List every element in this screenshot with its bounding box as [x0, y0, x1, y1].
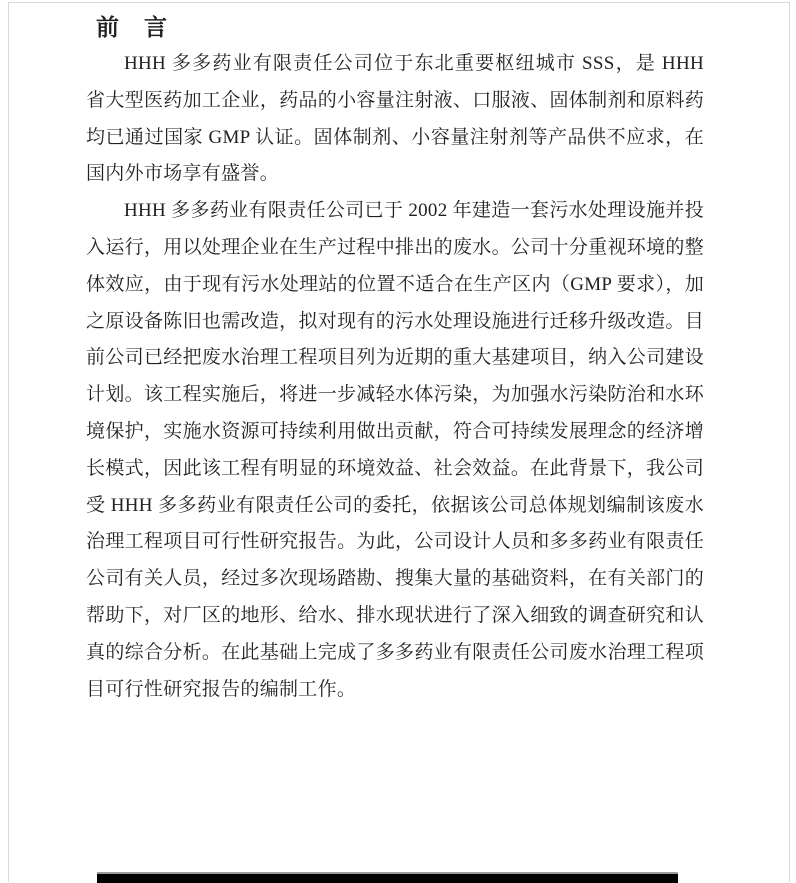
section-title: 前 言 [96, 14, 704, 42]
footer-thick-rule [97, 872, 678, 882]
paragraph-project-background: HHH 多多药业有限责任公司已于 2002 年建造一套污水处理设施并投入运行，用… [86, 193, 704, 708]
document-page: 前 言 HHH 多多药业有限责任公司位于东北重要枢纽城市 SSS，是 HHH 省… [8, 2, 790, 882]
page-content: 前 言 HHH 多多药业有限责任公司位于东北重要枢纽城市 SSS，是 HHH 省… [86, 14, 704, 708]
paragraph-company-intro: HHH 多多药业有限责任公司位于东北重要枢纽城市 SSS，是 HHH 省大型医药… [86, 46, 704, 193]
